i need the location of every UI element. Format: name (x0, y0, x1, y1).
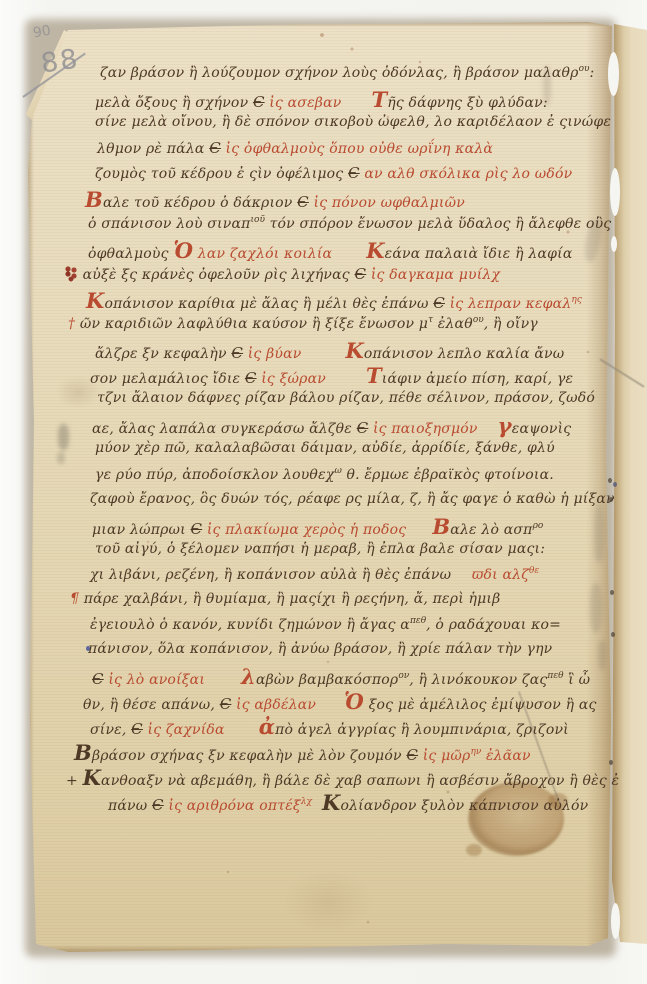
stitch-hole (609, 760, 613, 765)
paper-tear-gap (611, 903, 620, 939)
paper-tear-gap (608, 52, 619, 96)
rubric-segment: ἀ (259, 714, 275, 739)
text-segment: ου (579, 64, 590, 74)
text-segment: σίνε μελὰ οἴνου, ἢ δὲ σπόνον σικοβοὺ ὠφε… (95, 114, 611, 130)
rubric-segment: ἰς ασεβαν (265, 95, 342, 111)
manuscript-line: αὐξὲ ξς κράνὲς ὀφελοῦν ρὶς λιχήνας Є ἰς … (64, 265, 594, 290)
manuscript-line: σίνε μελὰ οἴνου, ἢ δὲ σπόνον σικοβοὺ ὠφε… (64, 114, 594, 139)
manuscript-line: ἄλζρε ξν κεφαλὴν Є ἰς βύανΚοπάνισον λεπλ… (64, 340, 594, 365)
text-segment: , ὁ ραδάχουαι κο= (426, 617, 561, 633)
text-segment: γε ρύο πύρ, ἀποδοίσκλον λουθεχ (95, 467, 334, 483)
text-segment: ανθοαξν νὰ αβεμάθη, ἢ βάλε δὲ χαβ σαπωνι… (101, 773, 619, 789)
rubric-segment: Β (85, 187, 103, 212)
text-segment: ω (334, 466, 341, 476)
text-segment: + (66, 773, 83, 789)
text-segment: ὁ σπάνισον λοὺ σιναπ (88, 216, 251, 232)
text-segment: πάνισον, ὅλα κοπάνισον, ἢ ἀνύω βράσον, ἢ… (88, 641, 552, 657)
text-segment: ἄλζρε ξν κεφαλὴν (95, 346, 231, 362)
rubric-segment: Κ (345, 338, 363, 363)
text-segment: αλε τοῦ κέδρου ὁ δάκριον (103, 195, 297, 211)
text-segment: σίνε, (90, 722, 131, 738)
manuscript-line: λθμον ρὲ πάλα Є ἰς ὀφθαλμοὺς ὅπου οὐθε ω… (64, 139, 594, 164)
text-segment: πάνω (108, 798, 152, 814)
text-segment: ξος μὲ ἀμέλιλος ἐμίψυσον ἢ ας (364, 697, 597, 713)
rubric-segment: ἰς μῶρ (418, 748, 470, 764)
text-segment: τοῦ αἰγύ, ὁ ξέλομεν ναπήσι ἡ μεραβ, ἢ ἐπ… (95, 541, 545, 557)
rubric-segment: ἰς ὀφθαλμοὺς ὅπου οὐθε ωρΐνη καλὰ (221, 141, 493, 157)
adjacent-page-edge (612, 24, 647, 950)
text-segment: Є (131, 720, 143, 738)
rubric-segment: Β (432, 514, 450, 539)
text-segment: αε, ἄλας λαπάλα συγκεράσω ἄλζθε (92, 421, 357, 437)
rubric-segment: Τ (371, 87, 387, 112)
text-segment: ου (473, 315, 484, 325)
manuscript-line: θν, ἢ θέσε απάνω, Є ἰς αβδέλανὉ ξος μὲ ἀ… (64, 691, 594, 716)
manuscript-line: + Κανθοαξν νὰ αβεμάθη, ἢ βάλε δὲ χαβ σαπ… (64, 767, 594, 792)
text-segment: θν, ἢ θέσε απάνω, (83, 697, 220, 713)
rubric-segment: ἰς παιοξησμόν (368, 421, 477, 437)
text-segment: Є (92, 670, 104, 688)
rubric-segment: Κ (366, 238, 384, 263)
manuscript-line: αε, ἄλας λαπάλα συγκεράσω ἄλζθε Є ἰς παι… (64, 415, 594, 440)
manuscript-line: ἐγειουλὸ ὁ κανόν, κυνίδι ζημώνον ἢ ἄγας … (64, 616, 594, 641)
rubric-segment: λαν ζαχλόι κοιλία (193, 246, 332, 262)
text-segment: Є (297, 193, 309, 211)
manuscript-line: τζνι ἄλαιον δάφνες ρίζαν βάλου ρίζαν, πέ… (64, 390, 594, 415)
text-segment: τόν σπόρον ἔνωσον μελὰ ὕδαλος ἢ ἄλεφθε ο… (265, 216, 611, 232)
manuscript-line: μύον χὲρ πῶ, καλαλαβῶσαι δάιμαν, αὐδίε, … (64, 440, 594, 465)
manuscript-line: γε ρύο πύρ, ἀποδοίσκλον λουθεχω θ. ἔρμωε… (64, 466, 594, 491)
text-segment: ἐλαθ (433, 316, 473, 332)
manuscript-line: σίνε, Є ἰς ζαχνίδαἀπὸ ἀγελ ἀγγρίας ἢ λου… (64, 716, 594, 741)
text-segment: Є (355, 265, 367, 283)
text-segment: ζουμὸς τοῦ κέδρου ἐ ςὶν ὀφέλιμος (95, 166, 348, 182)
text-segment: ζαφοὺ ἔρανος, ὃς δυών τός, ρέαφε ρς μίλα… (90, 491, 615, 507)
rubric-segment: ϖδι αλζ (472, 567, 529, 583)
text-segment: εαψονὶς (512, 421, 572, 437)
stitch-hole (613, 482, 617, 487)
text-segment: ιοῦ (251, 215, 265, 225)
text-segment: ζαν βράσον ἢ λούζουμον σχήνον λοὺς ὀδόνλ… (100, 65, 579, 81)
bleedthrough-mark (594, 503, 604, 563)
manuscript-line: ζαν βράσον ἢ λούζουμον σχήνον λοὺς ὀδόνλ… (64, 64, 594, 89)
text-segment: : (589, 65, 594, 81)
rubric-segment: Ὁ (173, 238, 193, 263)
rubric-segment: ἐλᾶαν (481, 748, 530, 764)
text-segment: ὀφθαλμοὺς (88, 246, 173, 262)
text-segment: Κ (83, 765, 101, 790)
manuscript-line: † ῶν καριδιῶν λαφλύθια καύσον ἢ ξίξε ἔνω… (64, 315, 594, 340)
manuscript-line: μελὰ ὄξους ἢ σχήνον Є ἰς ασεβανΤῆς δάφνη… (64, 89, 594, 114)
text-segment: βράσον σχήνας ξν κεφαλὴν μὲ λὸν ζουμόν (92, 748, 406, 764)
manuscript-line: Κοπάνισον καρίθια μὲ ἄλας ἢ μέλι θὲς ἐπά… (64, 290, 594, 315)
manuscript-line: ὀφθαλμοὺς Ὁ λαν ζαχλόι κοιλίαΚεάνα παλαι… (64, 240, 594, 265)
manuscript-line: πάνισον, ὅλα κοπάνισον, ἢ ἀνύω βράσον, ἢ… (64, 641, 594, 666)
text-segment: μελὰ ὄξους ἢ σχήνον (95, 95, 253, 111)
text-segment: ον (398, 671, 409, 681)
rubric-segment: ἰς λεπραν κεφαλ (445, 296, 572, 312)
manuscript-line: σον μελαμάλιος ἴδιε Є ἰς ξώρανΤιάφιν ἀμε… (64, 365, 594, 390)
manuscript-line: ὁ σπάνισον λοὺ σιναπιοῦ τόν σπόρον ἔνωσο… (64, 215, 594, 240)
text-segment: χι λιβάνι, ρεζένη, ἢ κοπάνισον αὐλὰ ἢ θὲ… (90, 567, 456, 583)
manuscript-line: πάνω Є ἰς αριθρόνα οπτέξλχΚολίανδρον ξυλ… (64, 792, 594, 817)
text-segment: ἲ ὦ (564, 672, 591, 688)
paper-tear-gap (610, 168, 620, 216)
text-segment: πεθ (547, 671, 563, 681)
text-segment: μιαν λώπρωι (92, 522, 190, 538)
text-segment: , ἢ λινόκουκον ζας (409, 672, 547, 688)
text-segment: ολίανδρον ξυλὸν κάπνισον αὐλόν (340, 798, 588, 814)
rubric-segment: ἰς αβδέλαν (231, 697, 316, 713)
rubric-segment: Ὁ (344, 689, 364, 714)
grape-ornament-icon (64, 265, 78, 283)
text-segment: ῶν καριδιῶν λαφλύθια καύσον ἢ ξίξε ἔνωσο… (80, 316, 428, 332)
text-segment: ρο (533, 521, 544, 531)
text-segment: πεθ (410, 616, 426, 626)
text-segment: Є (152, 796, 164, 814)
text-segment: Β (74, 740, 92, 765)
text-segment: Є (190, 520, 202, 538)
text-segment: Є (245, 369, 257, 387)
manuscript-text-block: ζαν βράσον ἢ λούζουμον σχήνον λοὺς ὀδόνλ… (64, 64, 594, 817)
rubric-segment: ἰς πλακίωμα χερὸς ἡ ποδος (202, 522, 406, 538)
rubric-segment: αν αλθ σκόλικα ρὶς λο ωδόν (360, 166, 573, 182)
text-segment: Є (357, 419, 369, 437)
stitch-hole (608, 478, 612, 483)
text-segment: σον μελαμάλιος ἴδιε (90, 371, 245, 387)
text-segment: Є (231, 344, 243, 362)
scanned-manuscript: 90 88 ζαν βράσον ἢ λούζουμον σχήνον λοὺς… (0, 0, 647, 984)
rubric-segment: ην (470, 747, 481, 757)
text-segment: Є (406, 746, 418, 764)
text-segment: Є (220, 695, 232, 713)
text-segment: , ἢ οἴνγ (484, 316, 538, 332)
stain-spot (466, 844, 482, 856)
rubric-segment: ἰς πόνον ωφθαλμιῶν (309, 195, 465, 211)
rubric-segment: γ (498, 413, 512, 438)
pencil-foliation-small: 90 (32, 23, 52, 42)
rubric-segment: † (68, 316, 80, 332)
text-segment: ἐγειουλὸ ὁ κανόν, κυνίδι ζημώνον ἢ ἄγας … (90, 617, 410, 633)
text-segment: αὐξὲ ξς κράνὲς ὀφελοῦν ρὶς λιχήνας (78, 267, 355, 283)
manuscript-line: Ββράσον σχήνας ξν κεφαλὴν μὲ λὸν ζουμόν … (64, 742, 594, 767)
stitch-hole (610, 590, 614, 595)
rubric-segment: ἰς ζαχνίδα (143, 722, 225, 738)
text-segment: εάνα παλαιὰ ἴδιε ἢ λαφία (385, 246, 573, 262)
manuscript-line: χι λιβάνι, ρεζένη, ἢ κοπάνισον αὐλὰ ἢ θὲ… (64, 566, 594, 591)
rubric-segment: Κ (86, 288, 104, 313)
rubric-segment: ἰς λὸ ανοίξαι (104, 672, 205, 688)
text-segment: πάρε χαλβάνι, ἢ θυμίαμα, ἢ μαςίχι ἢ ρεςή… (84, 591, 501, 607)
rubric-segment: λχ (301, 797, 312, 807)
text-segment: τζνι ἄλαιον δάφνες ρίζαν βάλου ρίζαν, πέ… (97, 390, 595, 406)
rubric-segment: λ (241, 664, 256, 689)
manuscript-line: μιαν λώπρωι Є ἰς πλακίωμα χερὸς ἡ ποδοςΒ… (64, 516, 594, 541)
rubric-segment: ἰς αριθρόνα οπτέξ (164, 798, 301, 814)
text-segment: οπάνισον καρίθια μὲ ἄλας ἢ μέλι θὲς ἐπάν… (104, 296, 433, 312)
text-segment: αλε λὸ ασπ (450, 522, 532, 538)
text-segment: αβὼν βαμβακόσπορ (256, 672, 398, 688)
text-segment: Κ (322, 790, 340, 815)
rubric-segment: ης (571, 295, 581, 305)
text-segment: οπάνισον λεπλο καλία ἄνω (364, 346, 564, 362)
text-segment: Є (433, 294, 445, 312)
text-segment: ῆς δάφνης ξὺ φλύδαν: (387, 95, 548, 111)
text-segment: Є (253, 93, 265, 111)
manuscript-line: ¶ πάρε χαλβάνι, ἢ θυμίαμα, ἢ μαςίχι ἢ ρε… (64, 591, 594, 616)
stitch-hole (611, 632, 615, 637)
text-segment: πὸ ἀγελ ἀγγρίας ἢ λουμπινάρια, ζριζονὶ (275, 722, 569, 738)
text-segment: λθμον ρὲ πάλα (97, 141, 209, 157)
paper-tear-gap (611, 236, 617, 252)
manuscript-line: Є ἰς λὸ ανοίξαιλαβὼν βαμβακόσπορον, ἢ λι… (64, 666, 594, 691)
manuscript-line: Βαλε τοῦ κέδρου ὁ δάκριον Є ἰς πόνον ωφθ… (64, 189, 594, 214)
text-segment: Є (348, 164, 360, 182)
manuscript-line: τοῦ αἰγύ, ὁ ξέλομεν ναπήσι ἡ μεραβ, ἢ ἐπ… (64, 541, 594, 566)
rubric-segment: ἰς ξώραν (257, 371, 326, 387)
manuscript-line: ζουμὸς τοῦ κέδρου ἐ ςὶν ὀφέλιμος Є αν αλ… (64, 164, 594, 189)
text-segment: Є (209, 139, 221, 157)
rubric-segment: θε (529, 566, 539, 576)
manuscript-line: ζαφοὺ ἔρανος, ὃς δυών τός, ρέαφε ρς μίλα… (64, 491, 594, 516)
text-segment: ιάφιν ἀμείο πίση, καρί, γε (382, 371, 574, 387)
rubric-segment: ἰς βύαν (243, 346, 301, 362)
text-segment: θ. ἔρμωε ἑβραϊκὸς φτοίνοια. (342, 467, 554, 483)
bleedthrough-mark (598, 640, 606, 670)
rubric-segment: ἰς δαγκαμα μυίλχ (366, 267, 500, 283)
rubric-segment: Τ (366, 363, 382, 388)
text-segment: μύον χὲρ πῶ, καλαλαβῶσαι δάιμαν, αὐδίε, … (95, 440, 555, 456)
rubric-segment: ¶ (70, 591, 84, 607)
